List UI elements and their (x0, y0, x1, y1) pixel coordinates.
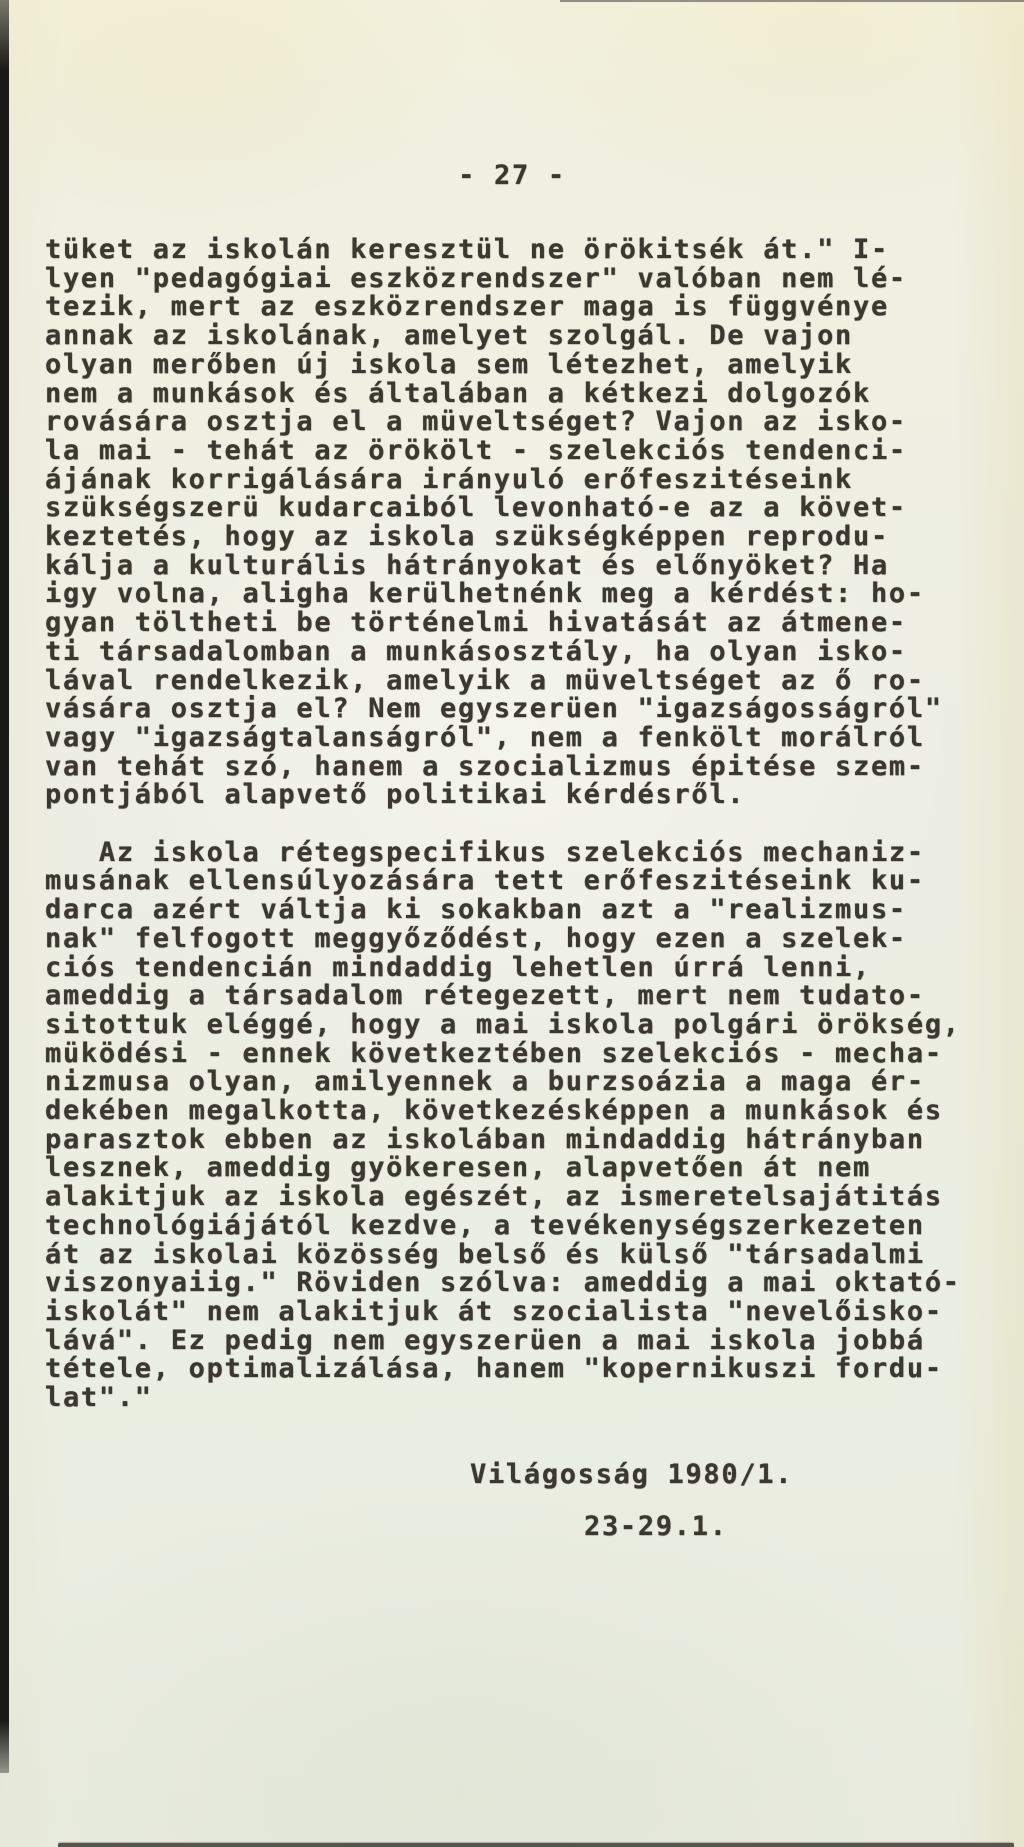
text-line: viszonyaiig." Röviden szólva: ameddig a … (45, 1269, 961, 1298)
page-number: - 27 - (0, 160, 1024, 191)
text-line: darca azért váltja ki sokakban azt a "re… (45, 896, 961, 925)
text-line: olyan merőben új iskola sem létezhet, am… (45, 351, 961, 380)
scan-edge-top (560, 0, 1024, 2)
text-line: pontjából alapvető politikai kérdésről. (45, 781, 961, 810)
citation-pages: 23-29.1. (584, 1511, 728, 1542)
text-line: kálja a kulturális hátrányokat és előnyö… (45, 552, 961, 581)
text-line: lával rendelkezik, amelyik a müveltséget… (45, 667, 961, 696)
text-line: tüket az iskolán keresztül ne örökitsék … (45, 236, 961, 265)
text-line: át az iskolai közösség belső és külső "t… (45, 1241, 961, 1270)
text-line: dekében megalkotta, következésképpen a m… (45, 1097, 961, 1126)
text-line: lyen "pedagógiai eszközrendszer" valóban… (45, 265, 961, 294)
scan-edge-left (0, 0, 9, 1773)
text-line: vagy "igazságtalanságról", nem a fenkölt… (45, 724, 961, 753)
text-line: alakitjuk az iskola egészét, az ismerete… (45, 1183, 961, 1212)
text-line: la mai - tehát az örökölt - szelekciós t… (45, 437, 961, 466)
text-line: ájának korrigálására irányuló erőfeszité… (45, 466, 961, 495)
text-line: technológiájától kezdve, a tevékenységsz… (45, 1212, 961, 1241)
citation-source: Világosság 1980/1. (470, 1459, 793, 1490)
scanned-document-page: - 27 - tüket az iskolán keresztül ne örö… (0, 0, 1024, 1847)
text-line: ciós tendencián mindaddig lehetlen úrrá … (45, 954, 961, 983)
text-line: nem a munkások és általában a kétkezi do… (45, 380, 961, 409)
text-line: igy volna, aligha kerülhetnénk meg a kér… (45, 580, 961, 609)
text-line: annak az iskolának, amelyet szolgál. De … (45, 322, 961, 351)
text-line: szükségszerü kudarcaiból levonható-e az … (45, 494, 961, 523)
scan-edge-bottom (58, 1843, 1014, 1847)
text-line: sitottuk eléggé, hogy a mai iskola polgá… (45, 1011, 961, 1040)
text-line: rovására osztja el a müveltséget? Vajon … (45, 408, 961, 437)
text-line: vására osztja el? Nem egyszerüen "igazsá… (45, 695, 961, 724)
text-line: iskolát" nem alakitjuk át szocialista "n… (45, 1298, 961, 1327)
text-line (45, 810, 961, 839)
text-line: musának ellensúlyozására tett erőfeszité… (45, 867, 961, 896)
text-line: Az iskola rétegspecifikus szelekciós mec… (45, 839, 961, 868)
text-line: lesznek, ameddig gyökeresen, alapvetően … (45, 1154, 961, 1183)
text-line: nizmusa olyan, amilyennek a burzsoázia a… (45, 1068, 961, 1097)
text-line: ameddig a társadalom rétegezett, mert ne… (45, 982, 961, 1011)
text-line: lává". Ez pedig nem egyszerüen a mai isk… (45, 1327, 961, 1356)
text-line: lat"." (45, 1384, 961, 1413)
body-text: tüket az iskolán keresztül ne örökitsék … (45, 236, 961, 1413)
text-line: tétele, optimalizálása, hanem "koperniku… (45, 1355, 961, 1384)
text-line: nak" felfogott meggyőződést, hogy ezen a… (45, 925, 961, 954)
text-line: van tehát szó, hanem a szocializmus épit… (45, 753, 961, 782)
text-line: ti társadalomban a munkásosztály, ha oly… (45, 638, 961, 667)
text-line: keztetés, hogy az iskola szükségképpen r… (45, 523, 961, 552)
text-line: müködési - ennek következtében szelekció… (45, 1040, 961, 1069)
text-line: gyan töltheti be történelmi hivatását az… (45, 609, 961, 638)
text-line: tezik, mert az eszközrendszer maga is fü… (45, 293, 961, 322)
text-line: parasztok ebben az iskolában mindaddig h… (45, 1126, 961, 1155)
